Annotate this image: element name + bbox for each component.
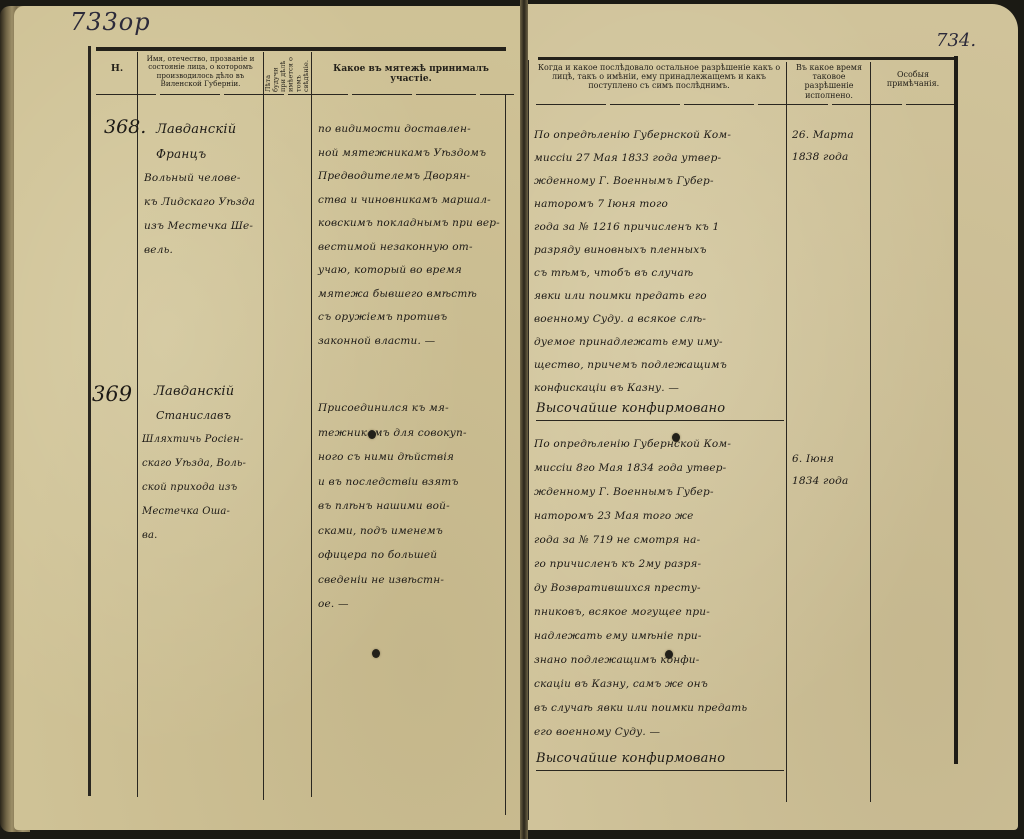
- left-border-thick: [88, 46, 91, 796]
- header-name: Имя, отечество, прозваніе и состояніе ли…: [140, 55, 261, 88]
- binding-hole: [368, 430, 376, 439]
- right-page-left-line: [528, 60, 529, 820]
- folio-left: 733ор: [70, 8, 151, 36]
- col-divider-executed: [870, 62, 871, 802]
- header-years: Лѣта будучи при дѣлѣ имѣется о томъ свѣд…: [265, 54, 309, 92]
- header-executed: Въ какое время таковое разрѣшеніе исполн…: [788, 63, 870, 100]
- entry-number-369: 369: [92, 382, 132, 406]
- binding-hole: [672, 433, 680, 442]
- entry-number-368: 368.: [104, 116, 146, 138]
- right-header-bottom-rule: [536, 104, 956, 105]
- header-participation: Какое въ мятежѣ принималъ участіе.: [316, 64, 506, 85]
- header-notes: Особыя примѣчанія.: [873, 70, 953, 88]
- col-divider-name: [263, 52, 264, 800]
- entry-368-name: Лавданскій Францъ Вольный челове- къ Лид…: [144, 118, 262, 262]
- folio-right: 734.: [936, 30, 976, 51]
- right-border-thick: [954, 56, 958, 764]
- binding-hole: [665, 650, 673, 659]
- book-gutter: [520, 0, 528, 839]
- right-header-top-rule: [538, 57, 958, 60]
- left-header-bottom-rule: [96, 94, 514, 95]
- entry-369-confirmation: Высочайше конфирмовано: [536, 748, 784, 771]
- header-number: Н.: [98, 64, 136, 75]
- entry-368-participation: по видимости доставлен- ной мятежникамъ …: [318, 118, 506, 353]
- col-divider-number: [137, 52, 138, 797]
- entry-369-name: Лавданскій Станиславъ Шляхтичь Росіен- с…: [142, 380, 262, 548]
- left-header-top-rule: [96, 47, 506, 51]
- entry-369-executed: 6. Іюня 1834 года: [792, 448, 870, 492]
- entry-368-decision: По опредѣленію Губернской Ком- миссіи 27…: [534, 124, 786, 400]
- binding-hole: [372, 649, 380, 658]
- col-divider-years: [311, 52, 312, 797]
- entry-368-confirmation: Высочайше конфирмовано: [536, 398, 784, 421]
- entry-369-participation: Присоединился къ мя- тежникамъ для совок…: [318, 396, 506, 617]
- header-decision: Когда и какое послѣдовало остальное разр…: [534, 63, 784, 91]
- entry-369-decision: По опредѣленію Губернской Ком- миссіи 8г…: [534, 432, 786, 744]
- col-divider-decision: [786, 62, 787, 802]
- entry-368-executed: 26. Марта 1838 года: [792, 124, 870, 168]
